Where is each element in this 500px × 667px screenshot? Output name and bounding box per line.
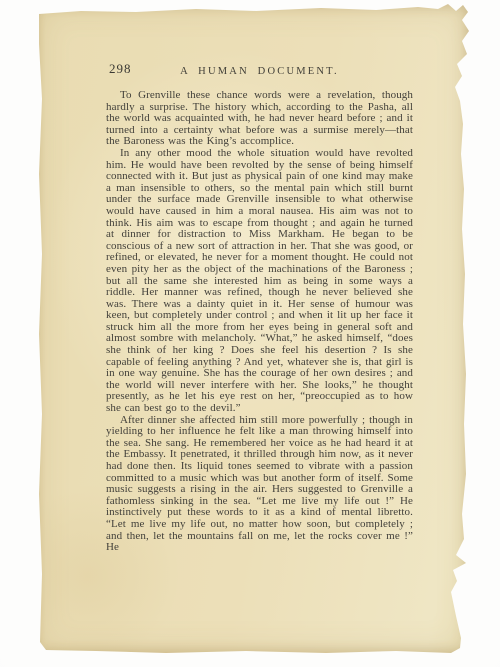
paragraph: In any other mood the whole situation wo… xyxy=(106,148,413,415)
page-text: To Grenville these chance words were a r… xyxy=(106,90,413,554)
paragraph: After dinner she affected him still more… xyxy=(106,415,413,554)
book-page: 298 A HUMAN DOCUMENT. To Grenville these… xyxy=(36,4,470,654)
scan-background: 298 A HUMAN DOCUMENT. To Grenville these… xyxy=(0,0,500,667)
running-header: 298 A HUMAN DOCUMENT. xyxy=(106,61,413,77)
paragraph: To Grenville these chance words were a r… xyxy=(106,90,413,148)
page-number: 298 xyxy=(109,61,132,77)
running-header-title: A HUMAN DOCUMENT. xyxy=(180,66,339,77)
